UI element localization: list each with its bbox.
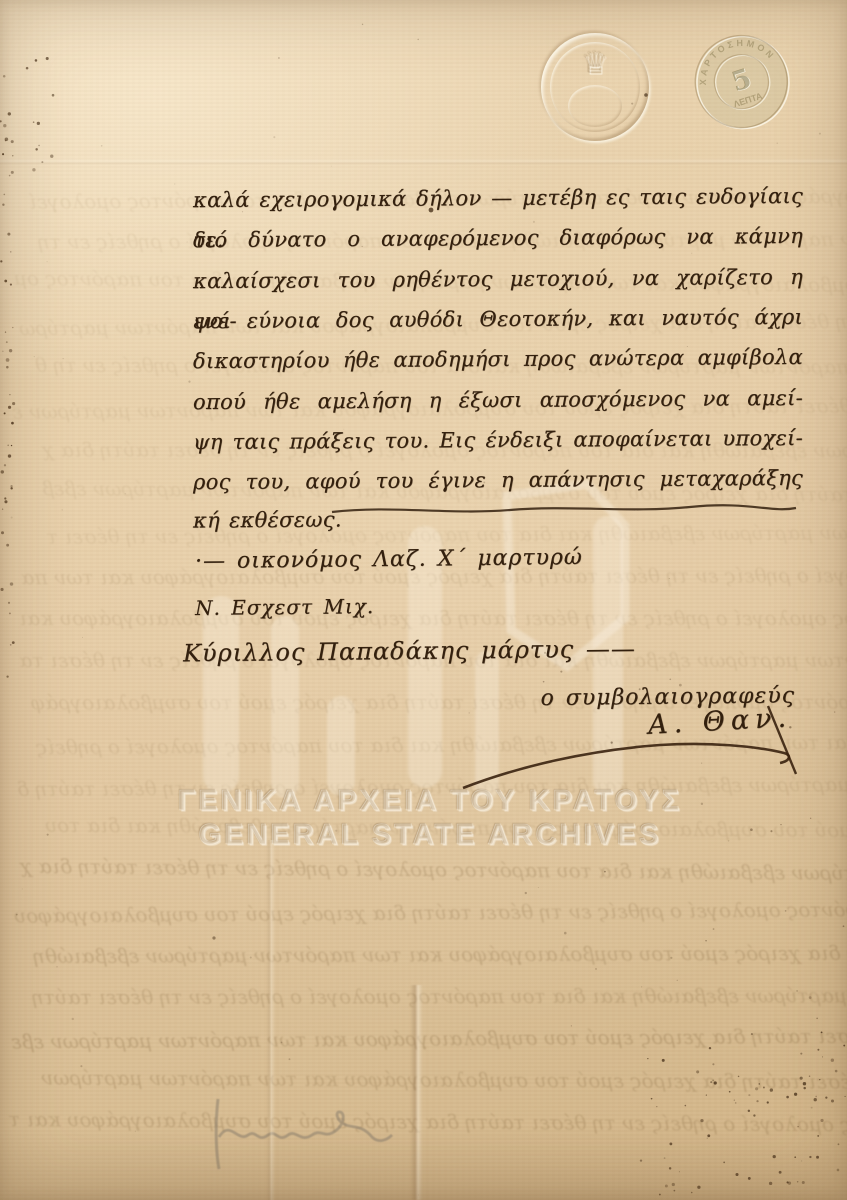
horizontal-fold-crease [0,158,847,165]
bottom-edge-shading [0,1130,847,1200]
archive-watermark-text: ΓΕΝΙΚΑ ΑΡΧΕΙΑ ΤΟΥ ΚΡΑΤΟΥΣ GENERAL STATE … [150,784,710,852]
manuscript-line-8: ρος του, αφού του έγινε η απάντησις μετα… [193,458,803,502]
closing-dash-flourish [330,502,800,520]
bleed-through-line: ρηθείς εν τη θέσει ταύτη δια χειρός εμού… [11,1023,847,1054]
vertical-fold-crease-left [266,840,275,1200]
bleed-through-line: ί ο ρηθείς εν τη θέσει ταύτη δια χειρός … [41,1066,847,1095]
bleed-through-line: παρόντων μαρτύρων εβεβαιώθη και δια του … [20,854,847,886]
archive-watermark-greek: ΓΕΝΙΚΑ ΑΡΧΕΙΑ ΤΟΥ ΚΡΑΤΟΥΣ [150,784,710,818]
bleed-through-line: δια του παρόντος ομολογεί ο ρηθείς εν τη… [14,896,847,927]
manuscript-line-6: οπού ήθε αμελήση η έξωσι αποσχόμενος να … [193,378,803,422]
bleed-through-line: εν τη θέσει ταύτη δια χειρός εμού του συ… [33,940,847,968]
embossed-crown-seal: ♕ [541,33,649,141]
seal-wreath [568,85,622,127]
embossed-revenue-stamp: ΧΑΡΤΟΣΗΜΟΝ 5 5 ΛΕΠΤΑ [676,16,807,147]
bleed-through-line: των παρόντων μαρτύρων εβεβαιώθη και δια … [17,771,847,801]
pencil-inscription [200,1085,415,1180]
manuscript-line-1: καλά εχειρογομικά δήλον — μετέβη ες ταις… [193,176,803,220]
manuscript-line-2: διό δύνατο ο αναφερόμενος διαφόρως να κά… [193,216,803,260]
date-line: Ν. Εσχεστ Μιχ. [195,589,375,625]
archive-watermark-english: GENERAL STATE ARCHIVES [150,818,710,852]
manuscript-line-4: ψοι εύνοια δος αυθόδι Θεοτοκήν, και ναυτ… [193,297,803,341]
bleed-through-line: των παρόντων μαρτύρων εβεβαιώθη και δια … [32,983,847,1009]
bleed-through-line: ταύτη δια χειρός εμού του συμβολαιογράφο… [45,813,847,843]
manuscript-line-9: κή εκθέσεως. [193,499,342,540]
witness-line: ·— οικονόμος Λαζ. Χ΄ μαρτυρώ [195,541,583,579]
vertical-fold-crease-center [410,985,423,1200]
manuscript-line-3: καλαίσχεσι του ρηθέντος μετοχιού, να χαρ… [193,257,803,301]
crown-icon: ♕ [541,49,649,79]
manuscript-line-5: δικαστηρίου ήθε αποδημήσι προς ανώτερα α… [193,337,803,381]
notary-signature: Α. Θαν. [647,702,792,740]
document-scan-page: μού του συμβολαιογράφου και των παρόντων… [0,0,847,1200]
bleed-through-line: α του παρόντος ομολογεί ο ρηθείς εν τη θ… [19,606,847,630]
manuscript-line-7: ψη ταις πράξεις του. Εις ένδειξι αποφαίν… [193,418,803,462]
witness2-line: Κύριλλος Παπαδάκης μάρτυς —— [183,632,636,671]
bleed-through-line: του παρόντος ομολογεί ο ρηθείς εν τη θέσ… [9,1107,847,1137]
